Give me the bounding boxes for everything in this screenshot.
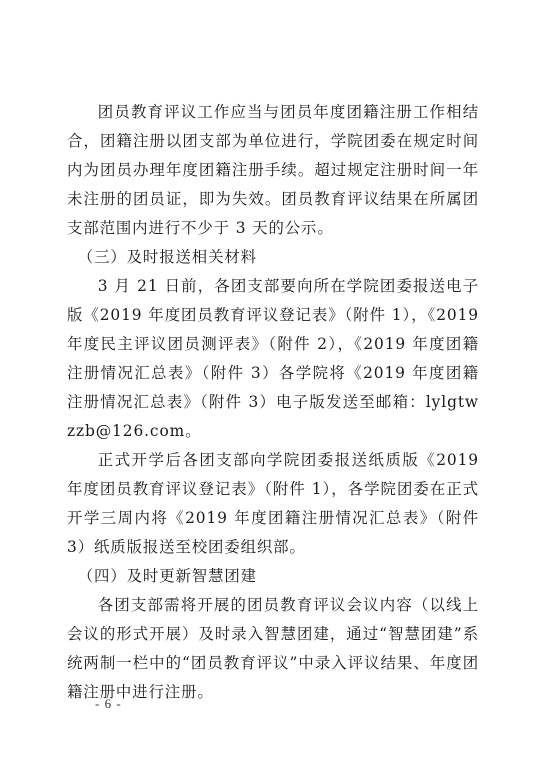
paragraph-system-entry: 各团支部需将开展的团员教育评议会议内容（以线上会议的形式开展）及时录入智慧团建，… bbox=[67, 591, 479, 707]
paragraph-registration-rules: 团员教育评议工作应当与团员年度团籍注册工作相结合，团籍注册以团支部为单位进行，学… bbox=[67, 98, 479, 243]
paragraph-paper-submission: 正式开学后各团支部向学院团委报送纸质版《2019 年度团员教育评议登记表》（附件… bbox=[67, 446, 479, 562]
page-number: - 6 - bbox=[95, 696, 122, 712]
section-heading-submit-materials: （三）及时报送相关材料 bbox=[67, 243, 479, 272]
document-page: 团员教育评议工作应当与团员年度团籍注册工作相结合，团籍注册以团支部为单位进行，学… bbox=[0, 0, 542, 768]
paragraph-electronic-submission: 3 月 21 日前，各团支部要向所在学院团委报送电子版《2019 年度团员教育评… bbox=[67, 272, 479, 446]
document-body: 团员教育评议工作应当与团员年度团籍注册工作相结合，团籍注册以团支部为单位进行，学… bbox=[67, 98, 479, 707]
section-heading-update-system: （四）及时更新智慧团建 bbox=[67, 562, 479, 591]
